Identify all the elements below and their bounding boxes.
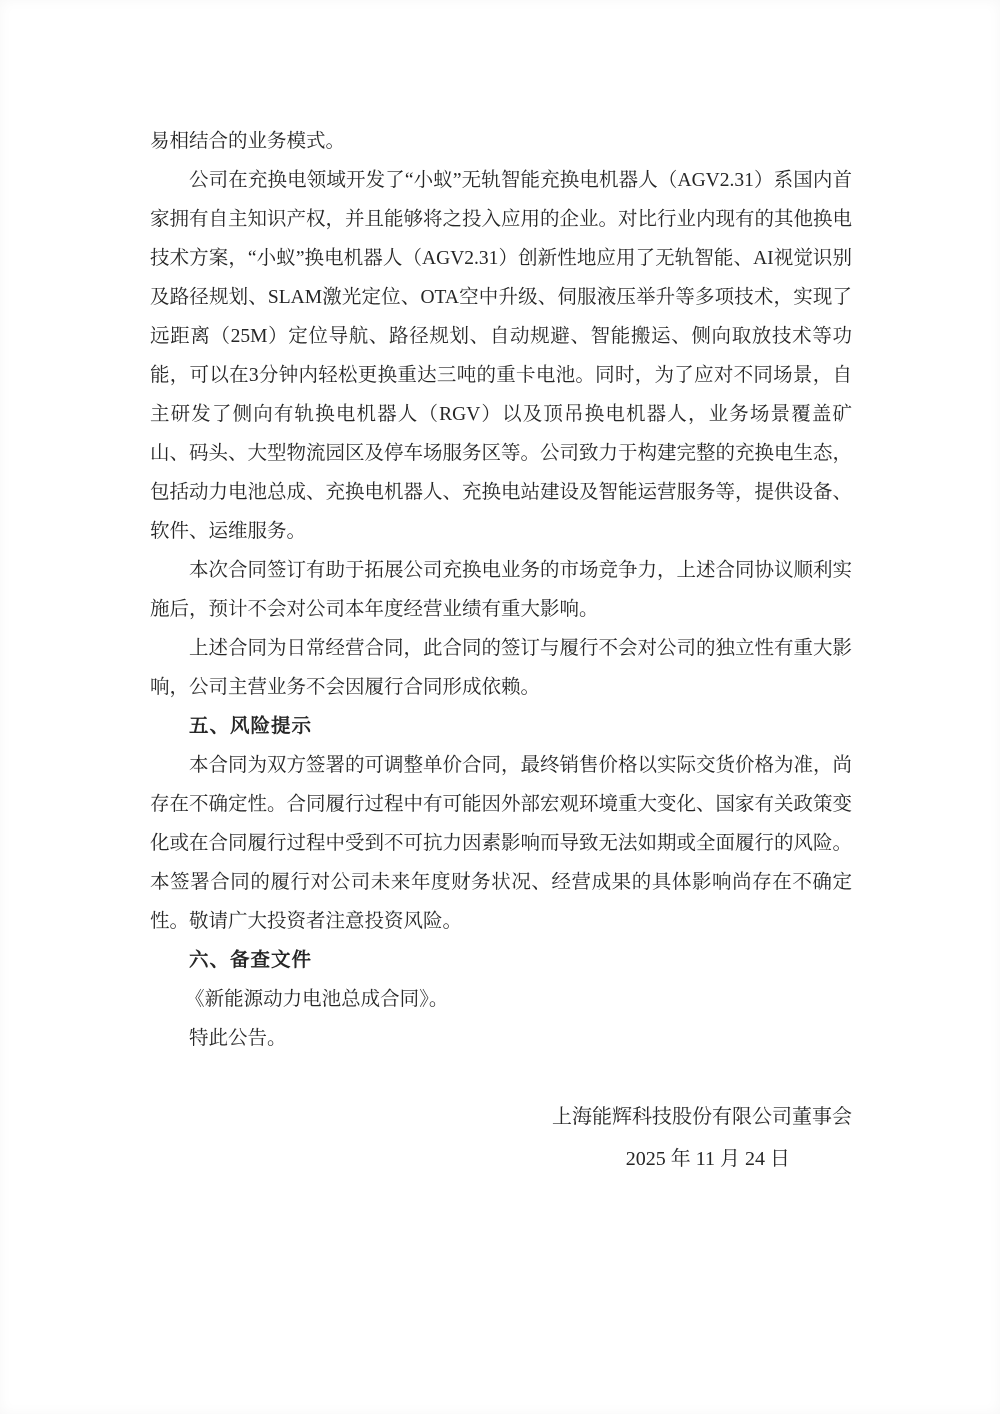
paragraph-contract-impact: 本次合同签订有助于拓展公司充换电业务的市场竞争力，上述合同协议顺利实施后，预计不… [150, 551, 852, 629]
paragraph-reference-document: 《新能源动力电池总成合同》。 [150, 980, 852, 1019]
document-page: 易相结合的业务模式。 公司在充换电领域开发了“小蚁”无轨智能充换电机器人（AGV… [0, 0, 1000, 1414]
announcement-body: 易相结合的业务模式。 公司在充换电领域开发了“小蚁”无轨智能充换电机器人（AGV… [150, 122, 852, 1179]
paragraph-independence: 上述合同为日常经营合同，此合同的签订与履行不会对公司的独立性有重大影响，公司主营… [150, 629, 852, 707]
paragraph-risk-notice: 本合同为双方签署的可调整单价合同，最终销售价格以实际交货价格为准，尚存在不确定性… [150, 746, 852, 941]
section-heading-reference-documents: 六、备查文件 [150, 941, 852, 980]
paragraph-continuation: 易相结合的业务模式。 [150, 122, 852, 161]
signature-company-board: 上海能辉科技股份有限公司董事会 [150, 1098, 852, 1137]
section-heading-risk: 五、风险提示 [150, 707, 852, 746]
signature-date: 2025 年 11 月 24 日 [150, 1140, 852, 1179]
paragraph-closing-announcement: 特此公告。 [150, 1019, 852, 1058]
paragraph-business-description: 公司在充换电领域开发了“小蚁”无轨智能充换电机器人（AGV2.31）系国内首家拥… [150, 161, 852, 551]
